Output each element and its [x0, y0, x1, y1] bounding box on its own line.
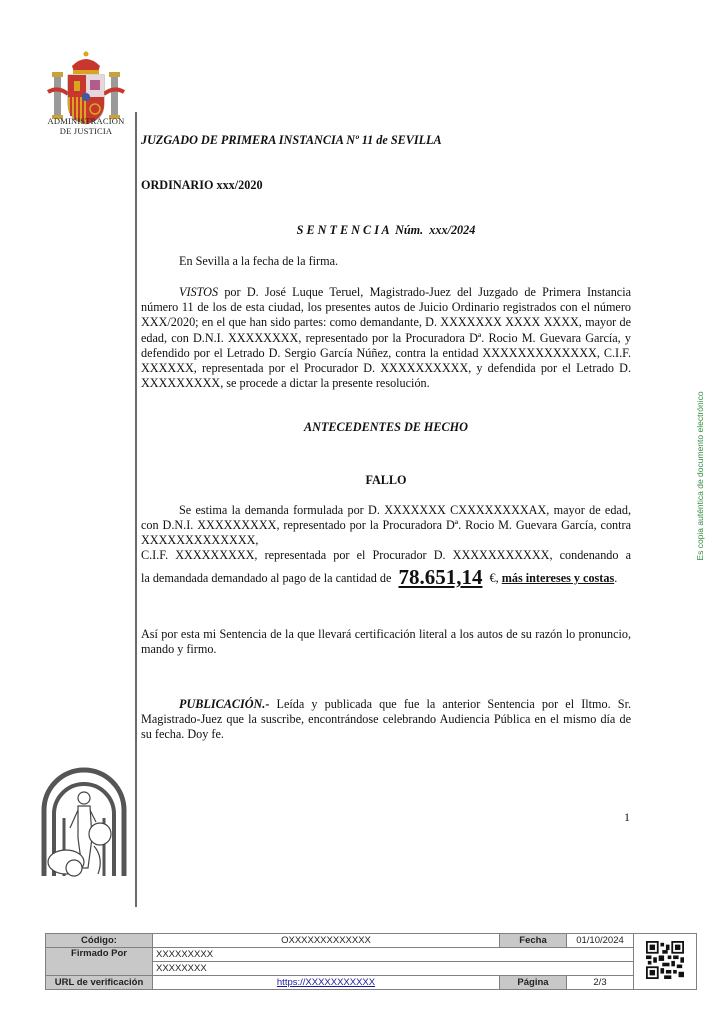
- caption-line-2: DE JUSTICIA: [36, 126, 136, 136]
- page-number: 1: [624, 810, 630, 825]
- antecedentes-heading: ANTECEDENTES DE HECHO: [141, 420, 631, 435]
- place-date: En Sevilla a la fecha de la firma.: [141, 254, 631, 269]
- costs-text: más intereses y costas: [502, 571, 615, 585]
- fecha-value: 01/10/2024: [567, 934, 634, 948]
- publicacion-label: PUBLICACIÓN.-: [179, 697, 269, 711]
- verification-table: Código: OXXXXXXXXXXXXX Fecha 01/10/2024: [45, 933, 697, 990]
- url-label: URL de verificación: [46, 976, 153, 990]
- qr-code-icon[interactable]: [646, 941, 684, 979]
- firmado-label: Firmado Por: [46, 948, 153, 976]
- asi-paragraph: Así por esta mi Sentencia de la que llev…: [141, 627, 631, 657]
- sentence-title: S E N T E N C I A Núm. xxx/2024: [141, 223, 631, 238]
- fallo-paragraph-3: la demandada demandado al pago de la can…: [141, 566, 631, 589]
- firmado-value-2: XXXXXXXX: [153, 962, 634, 976]
- publicacion-paragraph: PUBLICACIÓN.- Leída y publicada que fue …: [141, 697, 631, 743]
- fecha-label: Fecha: [500, 934, 567, 948]
- qr-cell: [634, 934, 697, 990]
- firmado-value-1: XXXXXXXXX: [153, 948, 634, 962]
- fallo-paragraph-2: C.I.F. XXXXXXXXX, representada por el Pr…: [141, 548, 631, 563]
- currency: €,: [490, 571, 499, 585]
- pagina-label: Página: [500, 976, 567, 990]
- verification-link[interactable]: https://XXXXXXXXXXX: [277, 977, 375, 988]
- vistos-text: por D. José Luque Teruel, Magistrado-Jue…: [141, 285, 631, 390]
- period: .: [614, 571, 617, 585]
- case-number: ORDINARIO xxx/2020: [141, 178, 631, 193]
- codigo-label: Código:: [46, 934, 153, 948]
- caption-line-1: ADMINISTRACION: [36, 116, 136, 126]
- fallo-text: la demandada demandado al pago de la can…: [141, 571, 391, 585]
- coat-of-arms-andalucia-icon: [38, 758, 130, 888]
- authenticity-note: Es copia auténtica de documento electrón…: [695, 391, 705, 560]
- fallo-heading: FALLO: [141, 473, 631, 488]
- court-name: JUZGADO DE PRIMERA INSTANCIA Nº 11 de SE…: [141, 133, 631, 148]
- amount: 78.651,14: [394, 565, 486, 589]
- vistos-paragraph: VISTOS por D. José Luque Teruel, Magistr…: [141, 285, 631, 391]
- vistos-label: VISTOS: [179, 285, 218, 299]
- codigo-value: OXXXXXXXXXXXXX: [153, 934, 500, 948]
- administration-caption: ADMINISTRACION DE JUSTICIA: [36, 116, 136, 136]
- url-cell: https://XXXXXXXXXXX: [153, 976, 500, 990]
- fallo-paragraph-1: Se estima la demanda formulada por D. XX…: [141, 503, 631, 549]
- pagina-value: 2/3: [567, 976, 634, 990]
- margin-rule: [135, 112, 137, 907]
